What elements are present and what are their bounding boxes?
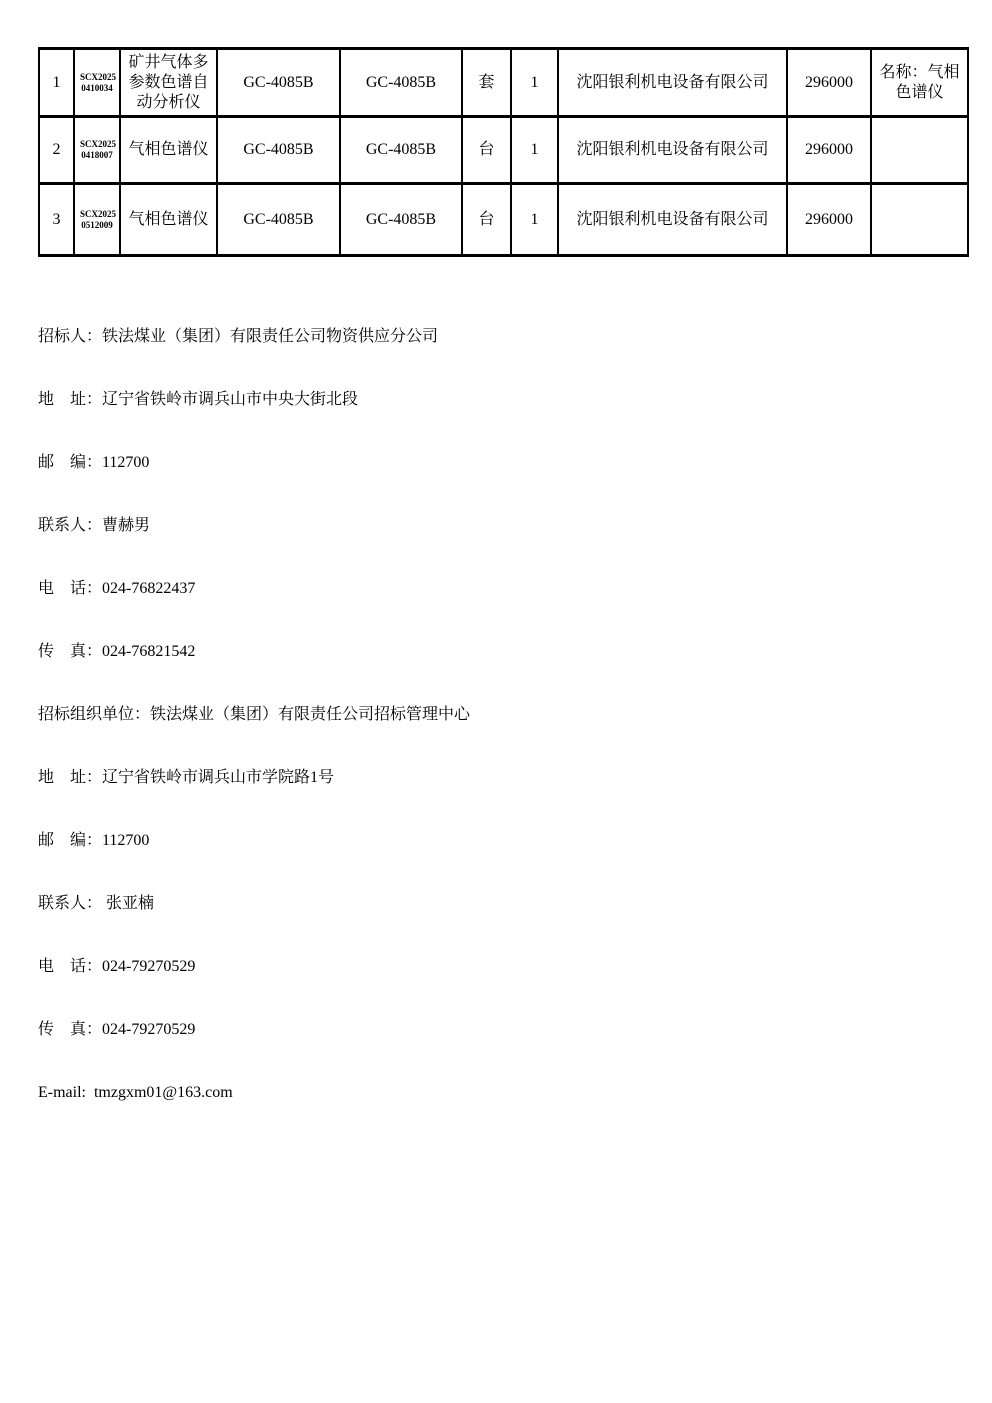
- cell-model-2: GC-4085B: [340, 49, 462, 117]
- cell-item-name: 气相色谱仪: [120, 117, 217, 184]
- table-row: 2 SCX2025 0418007 气相色谱仪 GC-4085B GC-4085…: [39, 117, 968, 184]
- cell-seq: 3: [39, 184, 74, 256]
- cell-seq: 2: [39, 117, 74, 184]
- project-no-line: SCX2025: [80, 72, 114, 83]
- cell-supplier: 沈阳银利机电设备有限公司: [558, 49, 787, 117]
- contact-organizer: 招标组织单位：铁法煤业（集团）有限责任公司招标管理中心: [38, 704, 470, 725]
- cell-model: GC-4085B: [217, 117, 340, 184]
- cell-project-no: SCX2025 0512009: [74, 184, 120, 256]
- cell-item-name: 矿井气体多参数色谱自动分析仪: [120, 49, 217, 117]
- contact-postcode-2: 邮 编：112700: [38, 830, 470, 851]
- cell-price: 296000: [787, 117, 871, 184]
- table-row: 3 SCX2025 0512009 气相色谱仪 GC-4085B GC-4085…: [39, 184, 968, 256]
- cell-model: GC-4085B: [217, 49, 340, 117]
- contact-bidder: 招标人：铁法煤业（集团）有限责任公司物资供应分公司: [38, 326, 470, 347]
- project-no-line: 0410034: [80, 83, 114, 94]
- project-no-line: 0418007: [80, 150, 114, 161]
- contact-postcode-1: 邮 编：112700: [38, 452, 470, 473]
- cell-unit: 台: [462, 117, 511, 184]
- cell-project-no: SCX2025 0410034: [74, 49, 120, 117]
- cell-qty: 1: [511, 117, 558, 184]
- cell-supplier: 沈阳银利机电设备有限公司: [558, 184, 787, 256]
- cell-price: 296000: [787, 184, 871, 256]
- contact-phone-1: 电 话：024-76822437: [38, 578, 470, 599]
- contact-email: E-mail: tmzgxm01@163.com: [38, 1082, 470, 1103]
- project-no-line: SCX2025: [80, 139, 114, 150]
- cell-seq: 1: [39, 49, 74, 117]
- cell-model-2: GC-4085B: [340, 117, 462, 184]
- project-no-line: 0512009: [80, 220, 114, 231]
- cell-project-no: SCX2025 0418007: [74, 117, 120, 184]
- cell-qty: 1: [511, 49, 558, 117]
- cell-item-name: 气相色谱仪: [120, 184, 217, 256]
- project-no-line: SCX2025: [80, 209, 114, 220]
- contact-address-1: 地 址：辽宁省铁岭市调兵山市中央大街北段: [38, 389, 470, 410]
- cell-unit: 套: [462, 49, 511, 117]
- cell-remark: [871, 117, 968, 184]
- table-row: 1 SCX2025 0410034 矿井气体多参数色谱自动分析仪 GC-4085…: [39, 49, 968, 117]
- cell-remark: 名称：气相色谱仪: [871, 49, 968, 117]
- contact-fax-2: 传 真：024-79270529: [38, 1019, 470, 1040]
- contact-info-block: 招标人：铁法煤业（集团）有限责任公司物资供应分公司 地 址：辽宁省铁岭市调兵山市…: [38, 284, 470, 1124]
- contact-phone-2: 电 话：024-79270529: [38, 956, 470, 977]
- cell-model-2: GC-4085B: [340, 184, 462, 256]
- cell-qty: 1: [511, 184, 558, 256]
- contact-address-2: 地 址：辽宁省铁岭市调兵山市学院路1号: [38, 767, 470, 788]
- cell-unit: 台: [462, 184, 511, 256]
- contact-fax-1: 传 真：024-76821542: [38, 641, 470, 662]
- cell-model: GC-4085B: [217, 184, 340, 256]
- cell-remark: [871, 184, 968, 256]
- contact-person-2: 联系人： 张亚楠: [38, 893, 470, 914]
- contact-person-1: 联系人：曹赫男: [38, 515, 470, 536]
- bid-items-table: 1 SCX2025 0410034 矿井气体多参数色谱自动分析仪 GC-4085…: [38, 47, 969, 257]
- cell-supplier: 沈阳银利机电设备有限公司: [558, 117, 787, 184]
- cell-price: 296000: [787, 49, 871, 117]
